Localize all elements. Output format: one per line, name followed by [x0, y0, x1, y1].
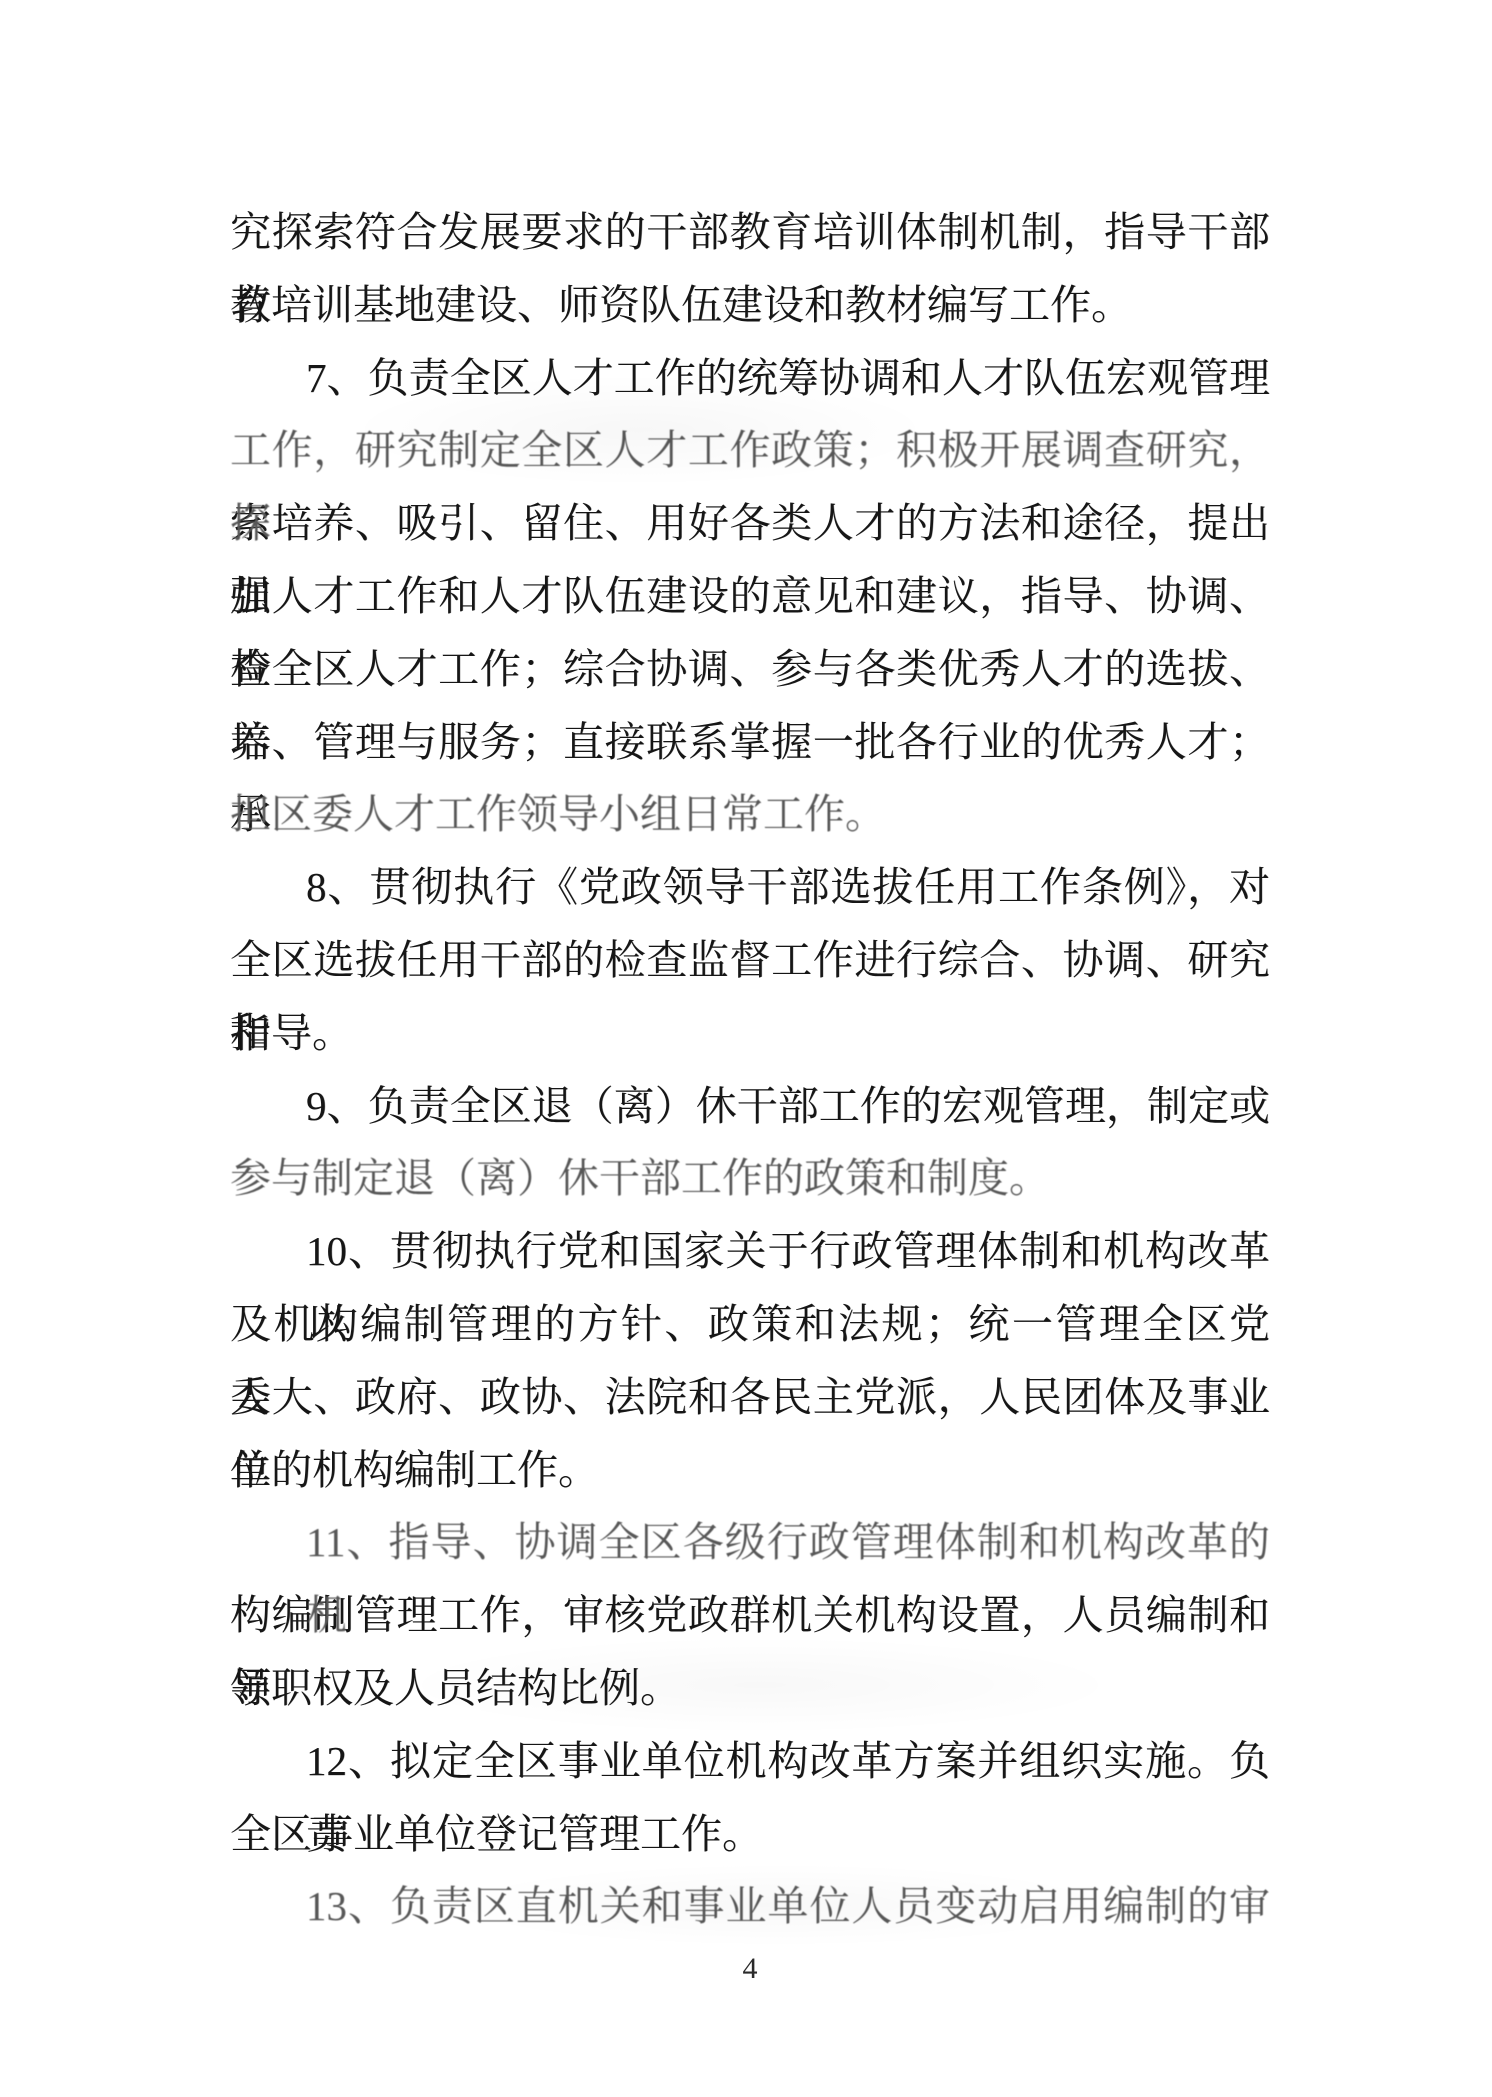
text-line: 13、负责区直机关和事业单位人员变动启用编制的审: [230, 1870, 1270, 1943]
scanned-document-page: 究探索符合发展要求的干部教育培训体制机制，指导干部教育培训基地建设、师资队伍建设…: [0, 0, 1492, 2097]
text-line: 及机构编制管理的方针、政策和法规；统一管理全区党委、: [230, 1288, 1270, 1361]
text-line: 10、贯彻执行党和国家关于行政管理体制和机构改革以: [230, 1215, 1270, 1288]
text-line: 参与制定退（离）休干部工作的政策和制度。: [230, 1142, 1270, 1215]
text-line: 工作，研究制定全区人才工作政策；积极开展调查研究，探: [230, 414, 1270, 487]
text-line: 8、贯彻执行《党政领导干部选拔任用工作条例》，对: [230, 851, 1270, 924]
text-line: 全区选拔任用干部的检查监督工作进行综合、协调、研究和: [230, 924, 1270, 997]
document-body: 究探索符合发展要求的干部教育培训体制机制，指导干部教育培训基地建设、师资队伍建设…: [230, 196, 1270, 1943]
text-line: 查全区人才工作；综合协调、参与各类优秀人才的选拔、培: [230, 633, 1270, 706]
text-line: 12、拟定全区事业单位机构改革方案并组织实施。负责: [230, 1725, 1270, 1798]
text-line: 导职权及人员结构比例。: [230, 1652, 1270, 1725]
page-number: 4: [230, 1952, 1270, 1986]
text-line: 强人才工作和人才队伍建设的意见和建议，指导、协调、检: [230, 560, 1270, 633]
text-line: 担区委人才工作领导小组日常工作。: [230, 778, 1270, 851]
text-line: 构编制管理工作，审核党政群机关机构设置，人员编制和领: [230, 1579, 1270, 1652]
text-line: 育培训基地建设、师资队伍建设和教材编写工作。: [230, 269, 1270, 342]
text-line: 养、管理与服务；直接联系掌握一批各行业的优秀人才；承: [230, 706, 1270, 779]
text-line: 究探索符合发展要求的干部教育培训体制机制，指导干部教: [230, 196, 1270, 269]
text-line: 索培养、吸引、留住、用好各类人才的方法和途径，提出加: [230, 487, 1270, 560]
text-line: 指导。: [230, 997, 1270, 1070]
text-line: 11、指导、协调全区各级行政管理体制和机构改革的机: [230, 1506, 1270, 1579]
text-line: 人大、政府、政协、法院和各民主党派，人民团体及事业单: [230, 1361, 1270, 1434]
text-line: 9、负责全区退（离）休干部工作的宏观管理，制定或: [230, 1070, 1270, 1143]
text-line: 全区事业单位登记管理工作。: [230, 1798, 1270, 1871]
text-line: 位的机构编制工作。: [230, 1434, 1270, 1507]
text-line: 7、负责全区人才工作的统筹协调和人才队伍宏观管理: [230, 342, 1270, 415]
